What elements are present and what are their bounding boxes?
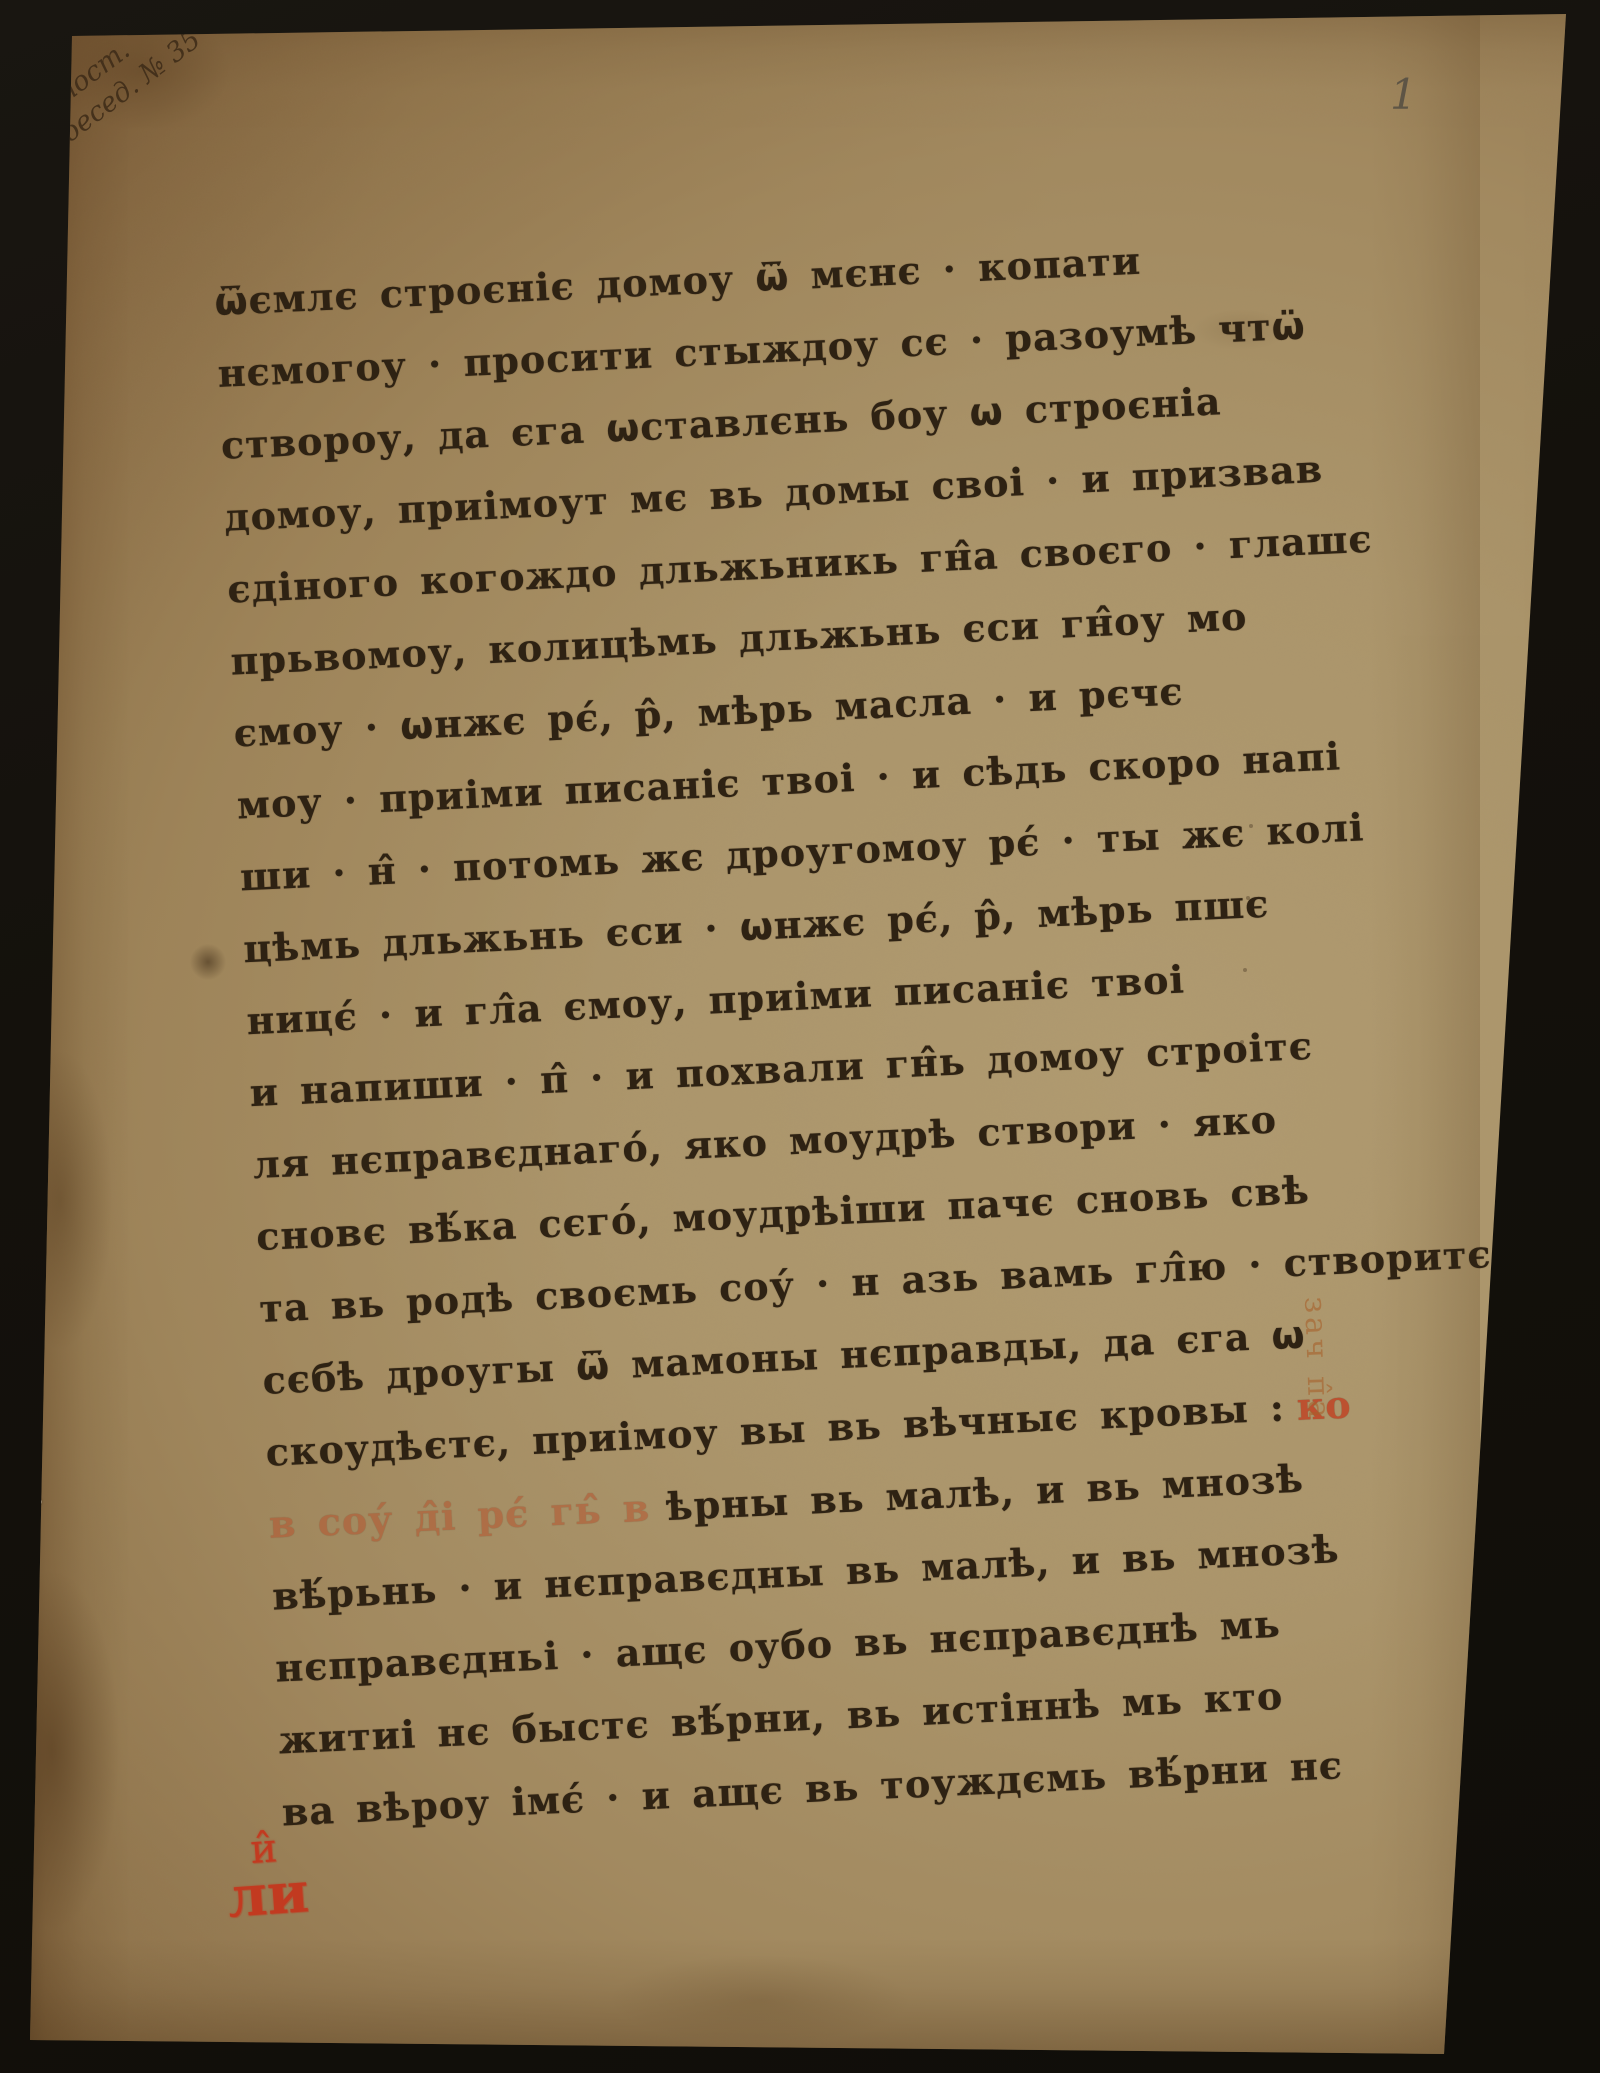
- binding-thread: [23, 1497, 42, 1509]
- page-edge-shading-right: [1370, 0, 1480, 2073]
- binding-thread: [25, 1440, 42, 1454]
- text-block: ѿємлє строєніє домоу ѿ мєнє · копатинємо…: [213, 221, 1292, 1848]
- page-edge-shading-bottom: [0, 1939, 1600, 2059]
- photo-background: Апост. бесед. № 35 1 ѿємлє строєніє домо…: [0, 0, 1600, 2073]
- page-edge-shading-top: [0, 0, 1600, 90]
- prick-mark: [1249, 824, 1253, 828]
- prick-mark: [1252, 752, 1256, 756]
- quire-mark: и̂ ли: [223, 1823, 310, 1920]
- prick-mark: [1243, 968, 1247, 972]
- manuscript-page: Апост. бесед. № 35 1 ѿємлє строєніє домо…: [0, 0, 1600, 2073]
- page-number: 1: [1390, 70, 1417, 119]
- page-edge-shading-left: [0, 0, 130, 2073]
- prick-mark: [1240, 1040, 1244, 1044]
- binding-thread: [18, 125, 32, 138]
- prick-mark: [1246, 896, 1250, 900]
- quire-mark-line2: ли: [226, 1869, 310, 1921]
- archival-note: Апост. бесед. № 35: [34, 0, 208, 150]
- margin-note-vertical: зач п̂а: [1297, 1296, 1336, 1423]
- rubric-red: в соу́ д̂і рє́ гь̂ в: [268, 1485, 651, 1547]
